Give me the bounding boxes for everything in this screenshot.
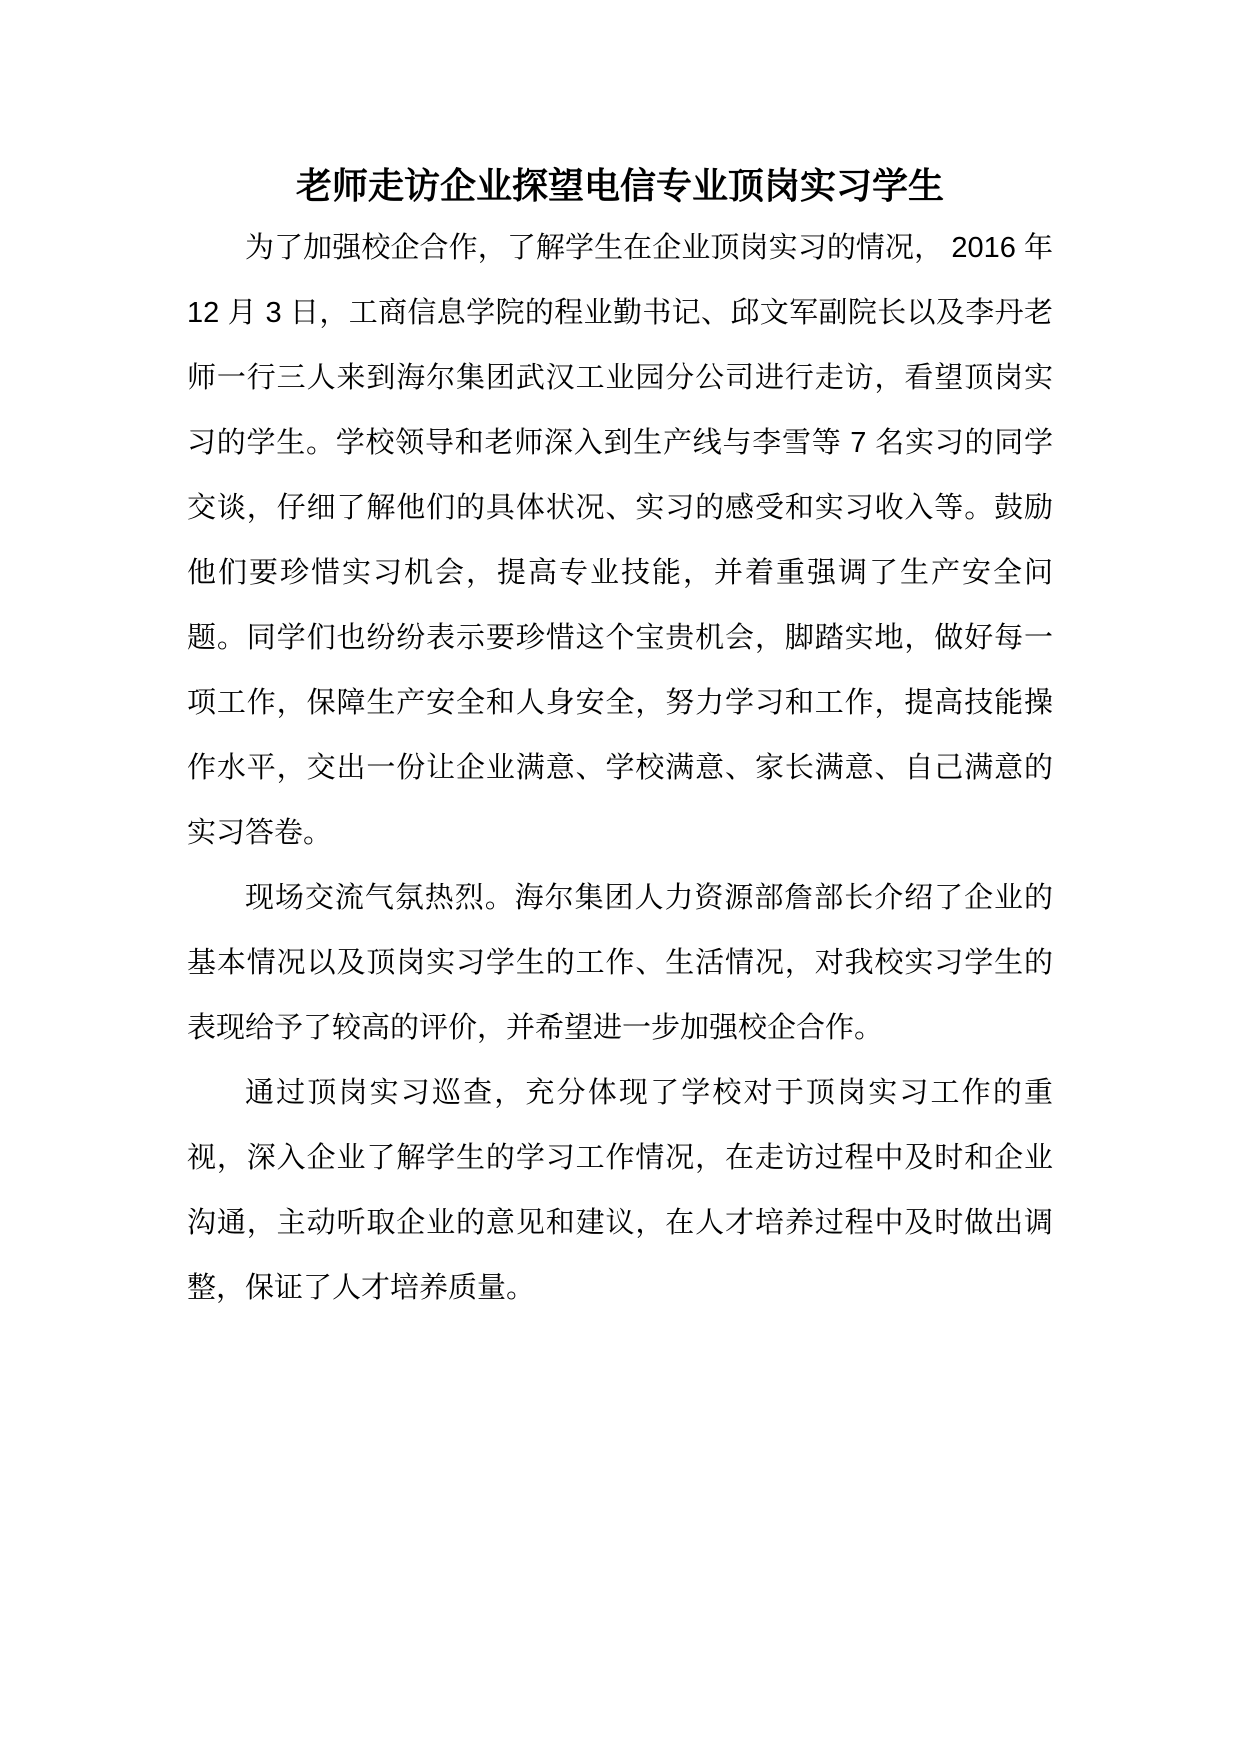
paragraph-3: 通过顶岗实习巡查，充分体现了学校对于顶岗实习工作的重视，深入企业了解学生的学习工… — [187, 1061, 1053, 1321]
document-content: 老师走访企业探望电信专业顶岗实习学生 为了加强校企合作，了解学生在企业顶岗实习的… — [187, 0, 1053, 1321]
paragraph-1: 为了加强校企合作，了解学生在企业顶岗实习的情况， 2016 年 12 月 3 日… — [187, 216, 1053, 866]
document-page: 老师走访企业探望电信专业顶岗实习学生 为了加强校企合作，了解学生在企业顶岗实习的… — [0, 0, 1240, 1755]
document-title: 老师走访企业探望电信专业顶岗实习学生 — [187, 156, 1053, 216]
paragraph-2: 现场交流气氛热烈。海尔集团人力资源部詹部长介绍了企业的基本情况以及顶岗实习学生的… — [187, 866, 1053, 1061]
